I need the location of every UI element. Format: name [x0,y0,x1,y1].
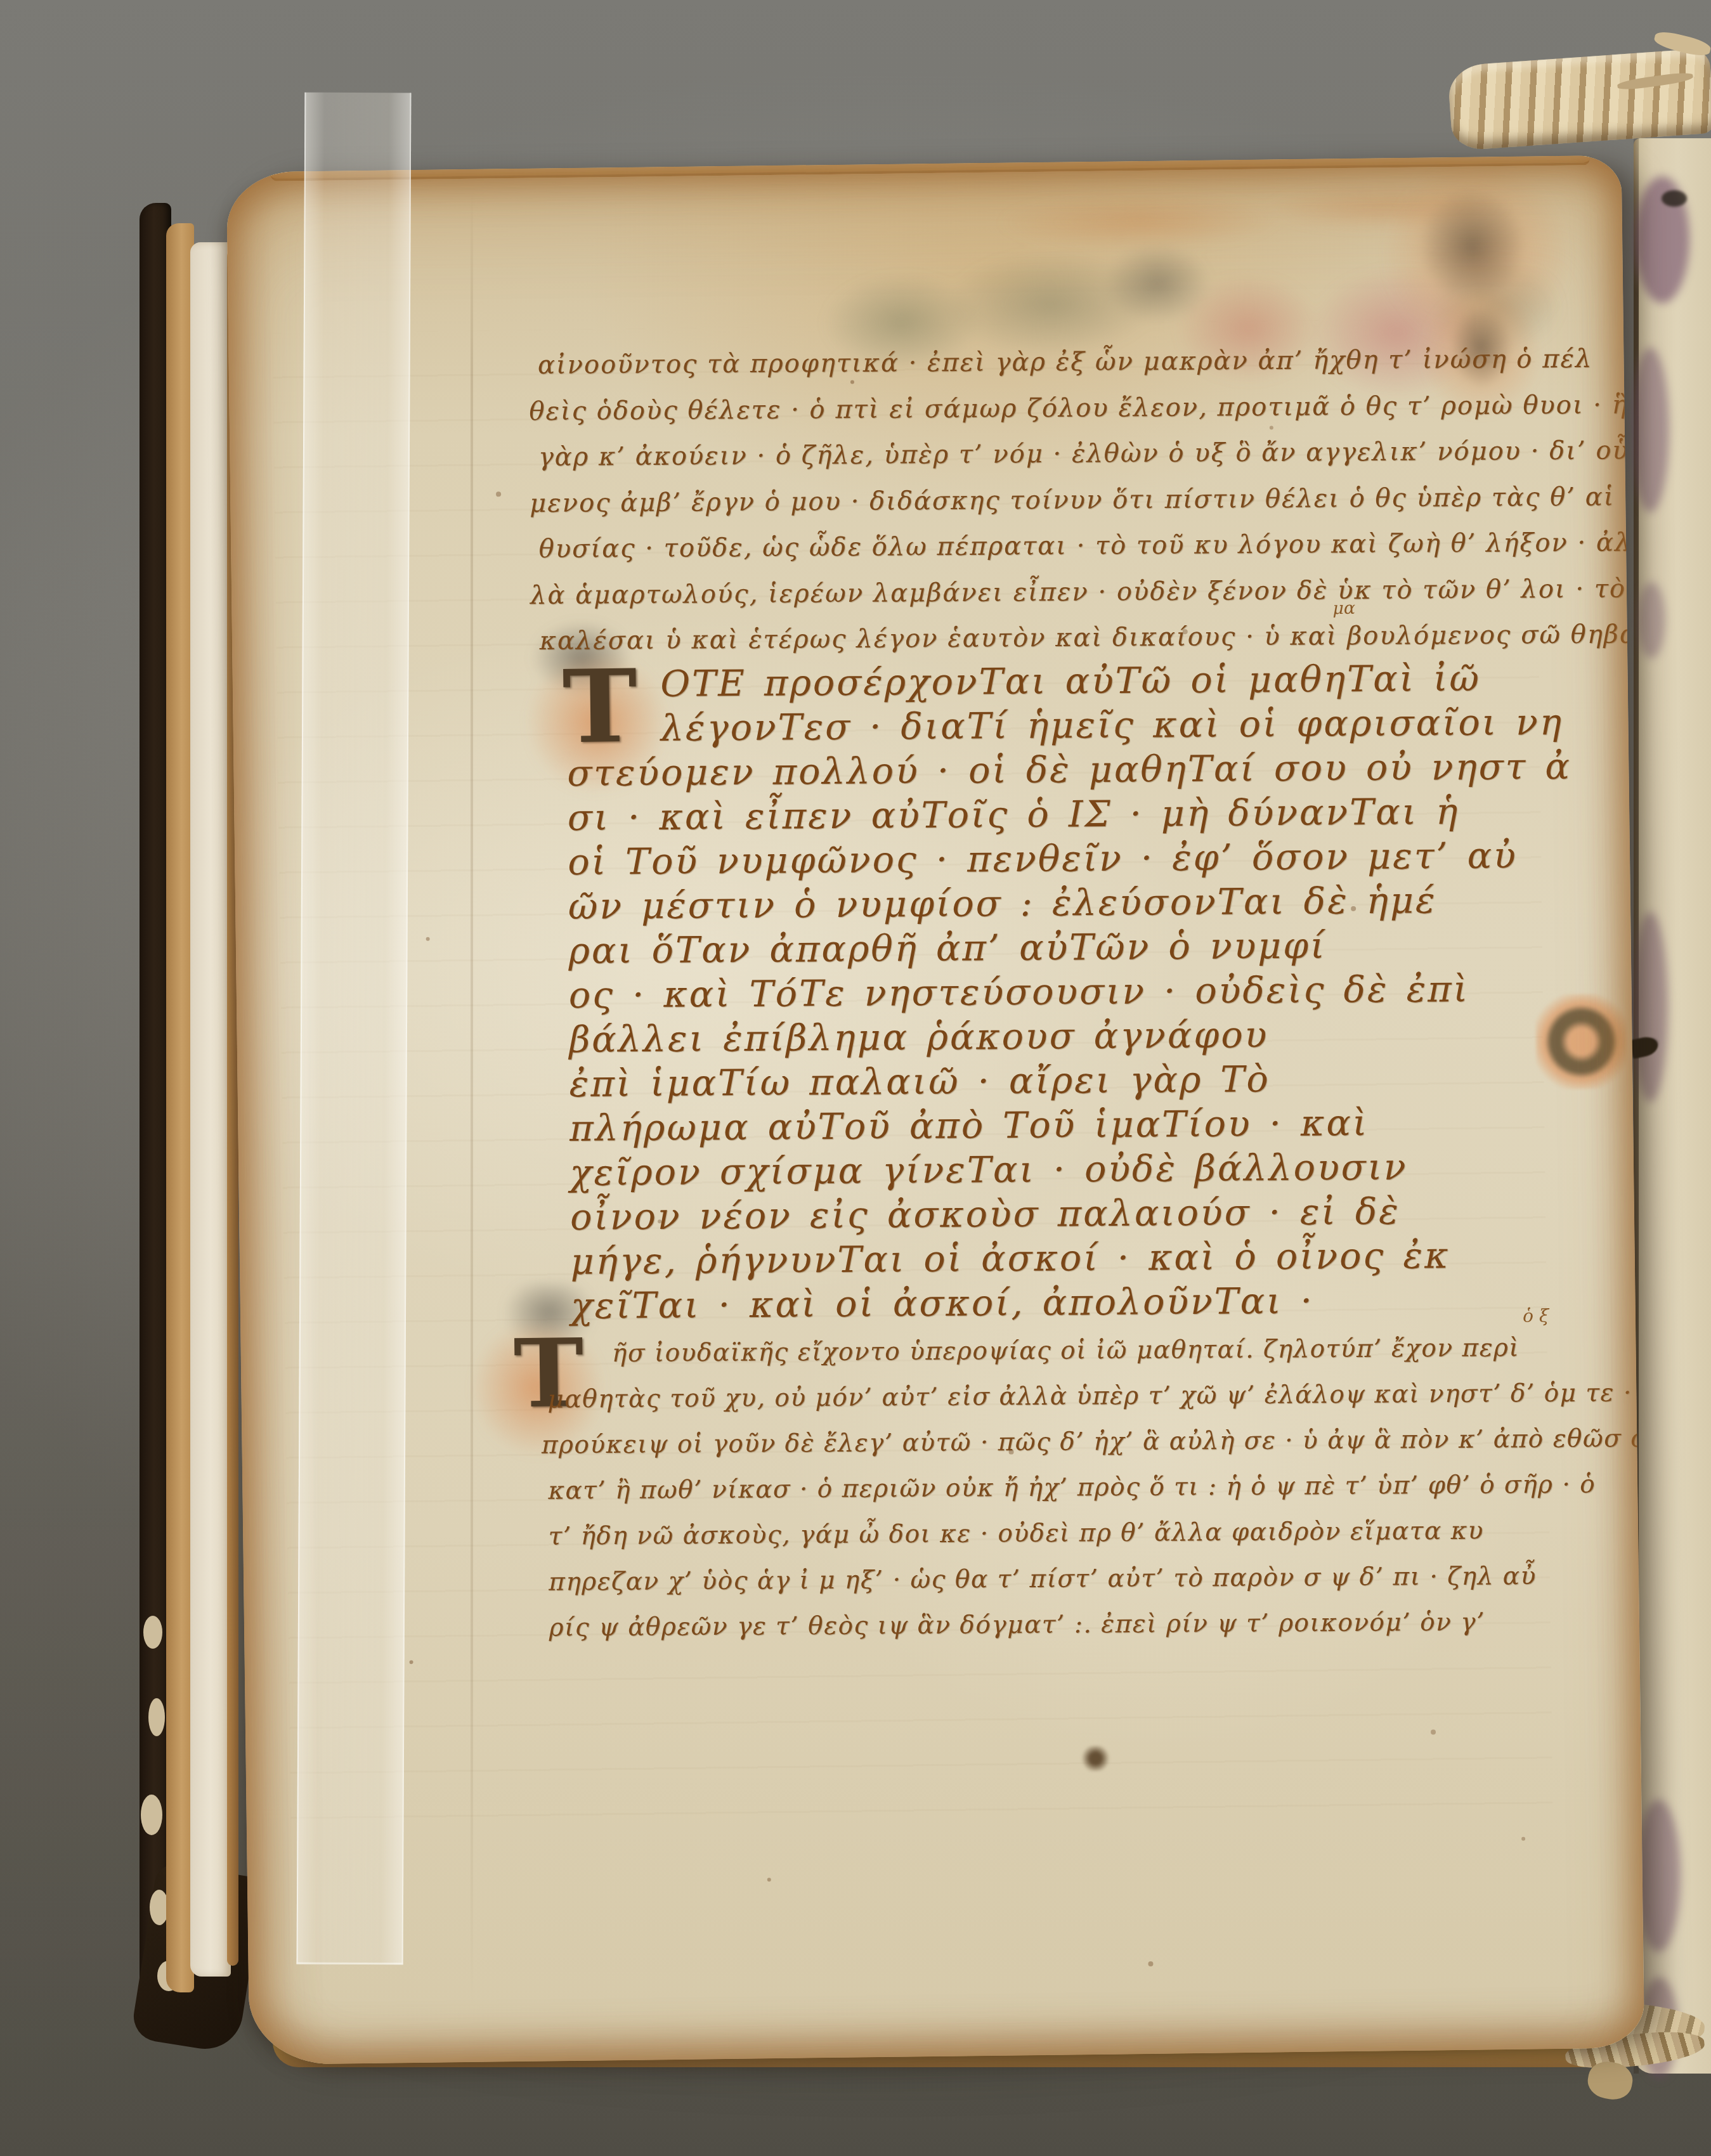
manuscript-line: χεῖΤαι · καὶ οἱ ἀσκοί, ἀπολοῦνΤαι · [571,1277,1575,1328]
manuscript-line: ος · καὶ ΤόΤε νηστεύσουσιν · οὐδεὶς δὲ ἐ… [569,966,1573,1018]
manuscript-line: ῶν μέστιν ὁ νυμφίοσ : ἐλεύσονΤαι δὲ ἡμέ [568,878,1573,929]
manuscript-line: θεὶς ὁδοὺς θέλετε · ὁ πτὶ εἰ σάμωρ ζόλου… [529,380,1644,435]
manuscript-line: θυσίας · τοῦδε, ὡς ὧδε ὅλω πέπραται · τὸ… [539,518,1645,573]
facing-page-strip [1634,138,1711,2074]
gospel-text-block: ΟΤΕ προσέρχονΤαι αὐΤῶ οἱ μαθηΤαὶ ἰῶ λέγο… [566,656,1575,1328]
manuscript-line: βάλλει ἐπίβλημα ῥάκουσ ἀγνάφου [569,1011,1573,1062]
manuscript-line: οἱ Τοῦ νυμφῶνος · πενθεῖν · ἐφ’ ὅσον μετ… [568,833,1572,885]
manuscript-line: προύκειψ οἱ γοῦν δὲ ἔλεγ’ αὐτῶ · πῶς δ’ … [542,1415,1644,1469]
dark-stain [1662,190,1687,207]
leather-chip [141,1795,162,1835]
manuscript-line: οἶνον νέον εἰς ἀσκοὺσ παλαιούσ · εἰ δὲ [570,1188,1575,1240]
commentary-block-top: αἰνοοῦντος τὰ προφητικά · ἐπεὶ γὰρ ἐξ ὧν… [538,334,1644,665]
interlinear-gloss: μα [1332,599,1355,618]
commentary-block-bottom: ῆσ ἰουδαϊκῆς εἴχοντο ὑπεροψίας οἱ ἰῶ μαθ… [547,1324,1644,1651]
manuscript-line: πλήρωμα αὐΤοῦ ἀπὸ Τοῦ ἱμαΤίου · καὶ [569,1100,1574,1151]
manuscript-line: μήγε, ῥήγνυνΤαι οἱ ἀσκοί · καὶ ὁ οἶνος ἐ… [570,1233,1575,1284]
manuscript-line: ΟΤΕ προσέρχονΤαι αὐΤῶ οἱ μαθηΤαὶ ἰῶ [566,656,1571,707]
marginal-gloss: ὁ ξ [1523,1305,1549,1327]
manuscript-page: αἰνοοῦντος τὰ προφητικά · ἐπεὶ γὰρ ἐξ ὧν… [226,155,1644,2065]
manuscript-line: σι · καὶ εἶπεν αὐΤοῖς ὁ ΙΣ · μὴ δύνανΤαι… [568,789,1572,840]
manuscript-line: τ’ ἤδη νῶ ἀσκοὺς, γάμ ὦ δοι κε · οὐδεὶ π… [549,1507,1645,1560]
leather-chip [148,1698,165,1736]
manuscript-line: λέγονΤεσ · διαΤί ἡμεῖς καὶ οἱ φαρισαῖοι … [567,700,1571,751]
leather-chip [143,1616,162,1649]
manuscript-line: πηρεζαν χ’ ὑὸς ἁγ ἰ μ ηξ’ · ὡς θα τ’ πίσ… [549,1552,1644,1606]
manuscript-line: λὰ ἁμαρτωλούς, ἱερέων λαμβάνει εἶπεν · ο… [530,564,1644,619]
ink-blot [1081,1746,1109,1772]
flyleaf-edge [190,242,231,1977]
manuscript-line: μαθητὰς τοῦ χυ, οὐ μόν’ αὐτ’ εἰσ ἀλλὰ ὑπ… [547,1370,1644,1423]
parchment-crease [471,190,473,2010]
manuscript-line: ἐπὶ ἱμαΤίω παλαιῶ · αἴρει γὰρ Τὸ [569,1055,1573,1107]
manuscript-line: χεῖρον σχίσμα γίνεΤαι · οὐδὲ βάλλουσιν [569,1144,1574,1195]
manuscript-line: ραι ὅΤαν ἀπαρθῆ ἀπ’ αὐΤῶν ὁ νυμφί [568,922,1573,973]
manuscript-line: ρίς ψ ἀθρεῶν γε τ’ θεὸς ιψ ἃν δόγματ’ :.… [549,1598,1644,1651]
repair-tape-strip [297,93,412,1965]
endband-twine [1447,48,1711,152]
purple-stain [1631,347,1669,512]
purple-stain [1637,582,1665,658]
manuscript-line: γὰρ κ’ ἀκούειν · ὁ ζῆλε, ὑπὲρ τ’ νόμ · ἐ… [538,426,1645,481]
purple-stain [1632,912,1668,1102]
manuscript-line: αἰνοοῦντος τὰ προφητικά · ἐπεὶ γὰρ ἐξ ὧν… [538,334,1644,389]
manuscript-line: μενος ἀμβ’ ἔργν ὁ μου · διδάσκης τοίνυν … [530,472,1644,527]
manuscript-line: ῆσ ἰουδαϊκῆς εἴχοντο ὑπεροψίας οἱ ἰῶ μαθ… [547,1324,1644,1377]
foxing-speckles [226,172,230,176]
manuscript-line: στεύομεν πολλού · οἱ δὲ μαθηΤαί σου οὐ ν… [567,744,1571,796]
manuscript-line: κατ’ ἢ πωθ’ νίκασ · ὁ περιῶν οὐκ ἤ ἠχ’ π… [548,1461,1644,1514]
